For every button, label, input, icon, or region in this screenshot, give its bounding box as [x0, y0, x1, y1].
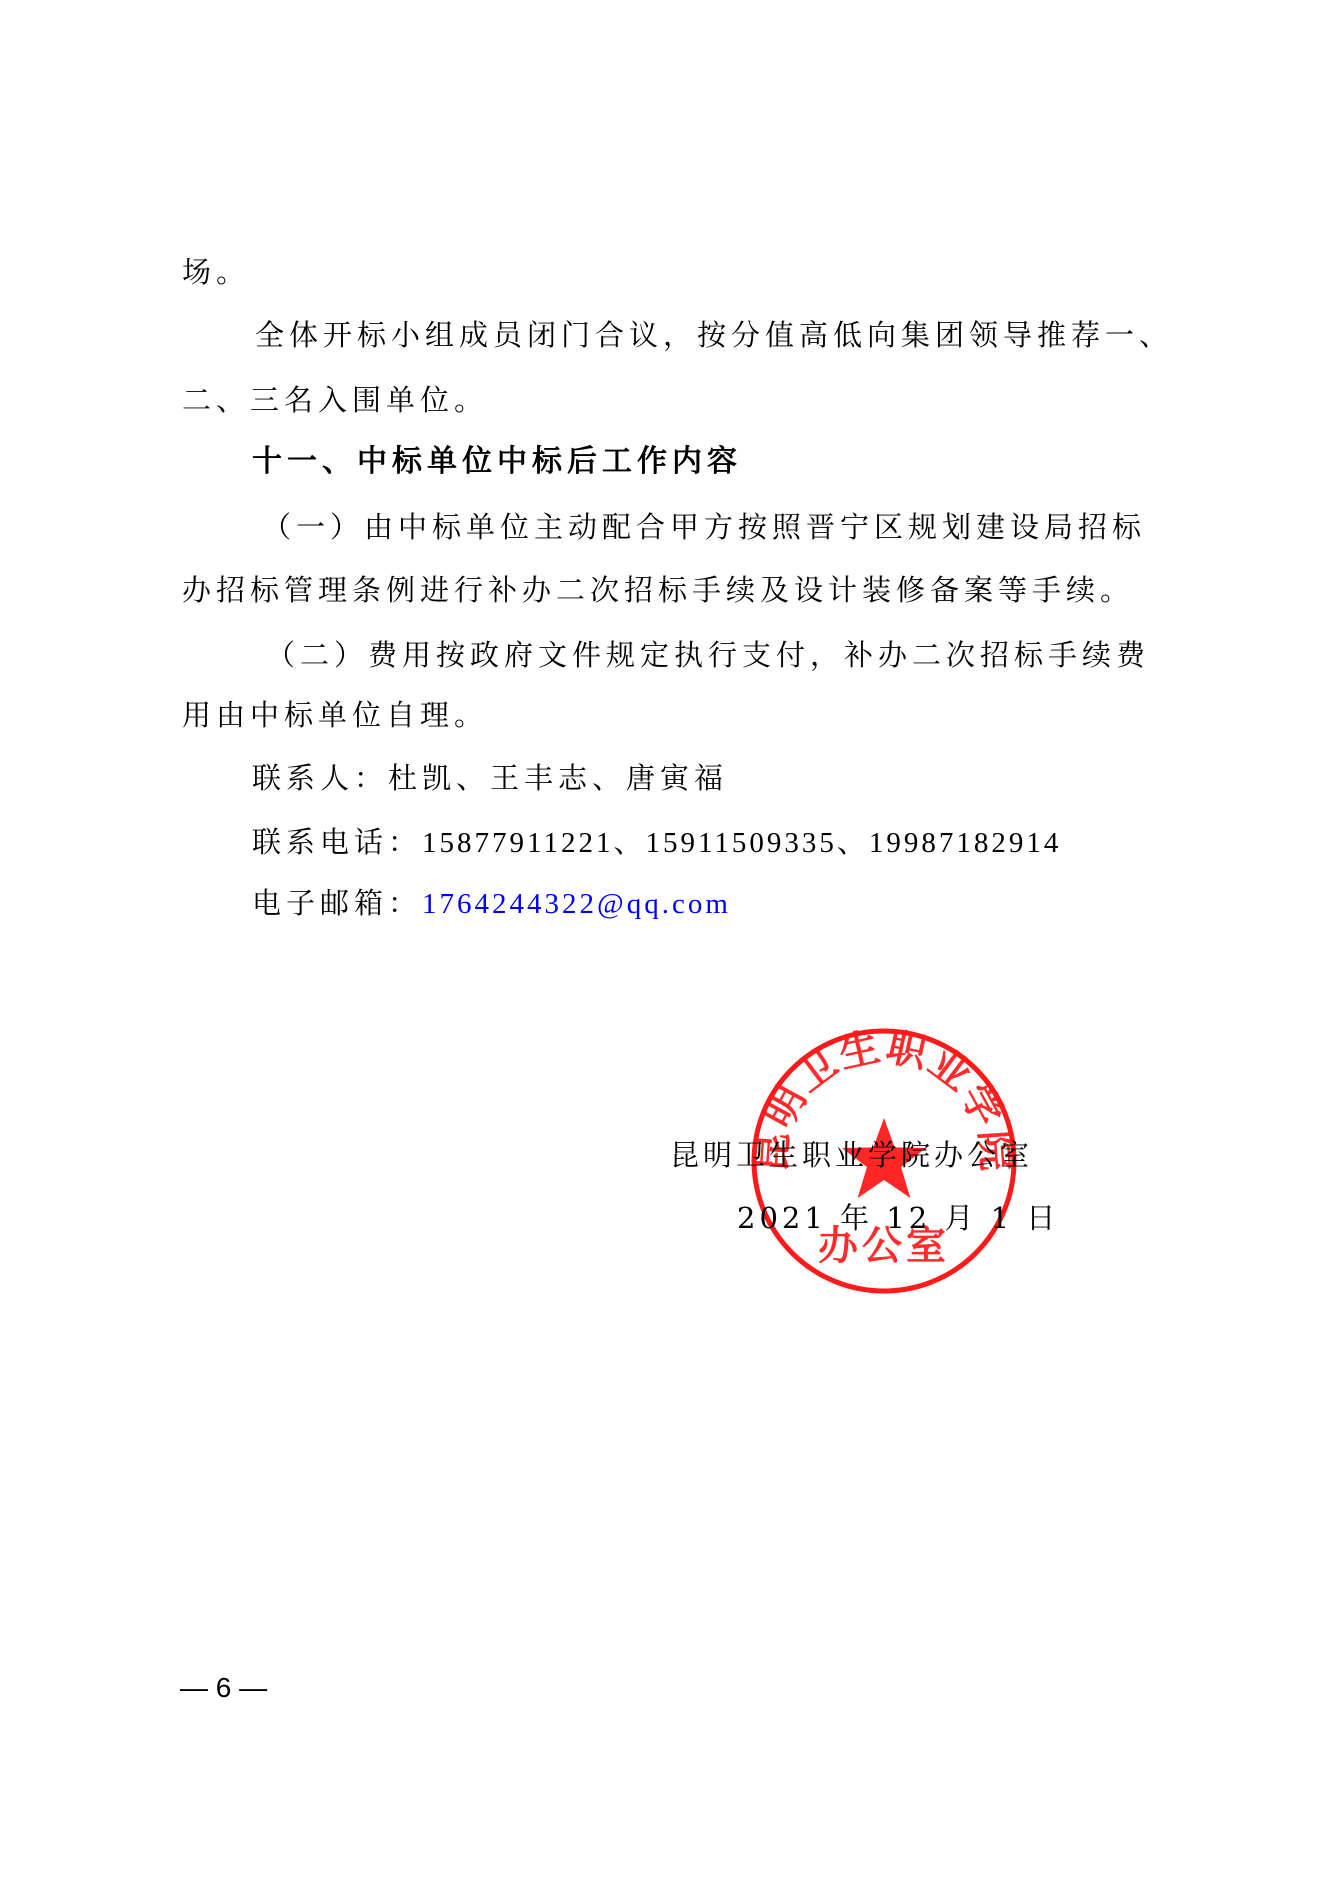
contact-phone-label: 联系电话：: [252, 825, 422, 859]
contact-phone-numbers: 15877911221、15911509335、19987182914: [422, 827, 1061, 859]
contact-phones: 联系电话：15877911221、15911509335、19987182914: [252, 822, 1061, 862]
signature-organization: 昆明卫生职业学院办公室: [670, 1135, 1033, 1175]
email-link[interactable]: 1764244322@qq.com: [422, 888, 731, 920]
document-page: 场。 全体开标小组成员闭门合议，按分值高低向集团领导推荐一、 二、三名入围单位。…: [0, 0, 1337, 1891]
contact-email-label: 电子邮箱：: [252, 886, 422, 920]
contact-people: 联系人：杜凯、王丰志、唐寅福: [252, 758, 728, 798]
signature-date: 2021 年 12 月 1 日: [737, 1198, 1059, 1238]
page-number: — 6 —: [180, 1670, 267, 1706]
contact-people-label: 联系人：: [252, 761, 388, 795]
paragraph-line: （二）费用按政府文件规定执行支付，补办二次招标手续费: [266, 635, 1150, 675]
paragraph-line: 场。: [182, 252, 250, 292]
contact-email: 电子邮箱：1764244322@qq.com: [252, 883, 731, 923]
paragraph-line: 二、三名入围单位。: [182, 380, 488, 420]
paragraph-line: （一）由中标单位主动配合甲方按照晋宁区规划建设局招标: [262, 507, 1146, 547]
paragraph-line: 全体开标小组成员闭门合议，按分值高低向集团领导推荐一、: [255, 315, 1173, 355]
paragraph-line: 用由中标单位自理。: [182, 695, 488, 735]
section-heading: 十一、中标单位中标后工作内容: [252, 442, 742, 482]
seal-serial-dots: · · · · · · · · · · · ·: [831, 1280, 937, 1287]
contact-people-names: 杜凯、王丰志、唐寅福: [388, 761, 728, 795]
paragraph-line: 办招标管理条例进行补办二次招标手续及设计装修备案等手续。: [182, 570, 1134, 610]
